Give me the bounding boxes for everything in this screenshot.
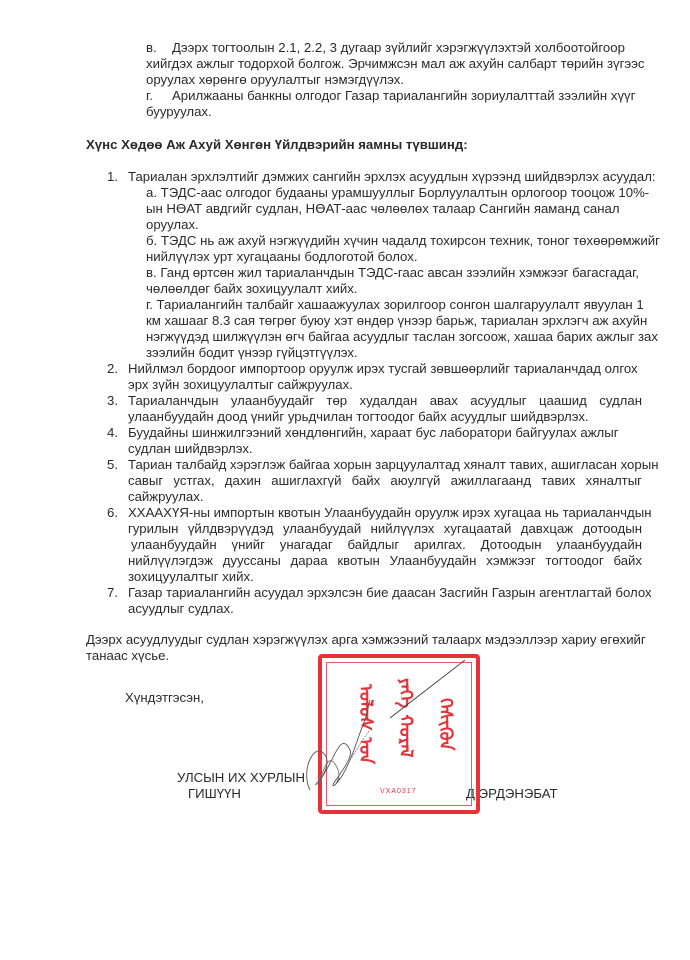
list-item-number: 7. <box>107 585 118 601</box>
list-item-text: гурилын үйлдвэрүүдэд улаанбуудай нийлүүл… <box>128 521 642 537</box>
list-item-text: судлан шийдвэрлэх. <box>128 441 253 457</box>
sub-item-text: оруулах. <box>146 217 199 233</box>
list-item-number: 3. <box>107 393 118 409</box>
document-page: в. Дээрх тогтоолын 2.1, 2.2, 3 дугаар зү… <box>0 0 690 960</box>
sub-item-text: а. ТЭДС-аас олгодог будааны урамшууллыг … <box>146 185 649 201</box>
list-item-text: нийлүүлэгдэж дууссаны дараа квотын Улаан… <box>128 553 642 569</box>
regards-text: Хүндэтгэсэн, <box>125 690 204 706</box>
list-item-number: 6. <box>107 505 118 521</box>
list-item-text: ХХААХҮЯ-ны импортын квотын Улаанбуудайн … <box>128 505 642 521</box>
intro-item-g-line: Арилжааны банкны олгодог Газар тариаланг… <box>172 88 635 104</box>
list-item-text: улаанбуудайн үнийг унагадаг байдлыг арил… <box>131 537 642 553</box>
list-item-text: улаанбуудайн доод үнийг урьдчилан тогтоо… <box>128 409 589 425</box>
list-item-number: 5. <box>107 457 118 473</box>
closing-text: Дээрх асуудлуудыг судлан хэрэгжүүлэх арг… <box>86 632 642 648</box>
list-item-text: Газар тариалангийн асуудал эрхэлсэн бие … <box>128 585 652 601</box>
sub-item-text: км хашааг 8.3 сая төгрөг буюу хэт өндөр … <box>146 313 642 329</box>
intro-item-g-line: бууруулах. <box>146 104 212 120</box>
list-item-text: асуудлыг судлах. <box>128 601 234 617</box>
list-item-text: Тариаланчдын улаанбуудайг төр худалдан а… <box>128 393 642 409</box>
sub-item-text: в. Ганд өртсөн жил тариаланчдын ТЭДС-гаа… <box>146 265 639 281</box>
sub-item-text: нэгжүүдэд шилжүүлэн өгч байгаа асуудлыг … <box>146 329 642 345</box>
intro-item-v-line: Дээрх тогтоолын 2.1, 2.2, 3 дугаар зүйли… <box>172 40 620 56</box>
list-item-text: Нийлмэл бордоог импортоор оруулж ирэх ту… <box>128 361 638 377</box>
section-heading: Хүнс Хөдөө Аж Ахуй Хөнгөн Үйлдвэрийн яам… <box>86 137 468 153</box>
list-item-text: Тариалан эрхлэлтийг дэмжих сангийн эрхлэ… <box>128 169 656 185</box>
intro-item-g-label: г. <box>146 88 153 104</box>
list-item-text: сайжруулах. <box>128 489 204 505</box>
handwritten-signature-icon <box>280 660 480 800</box>
closing-text: танаас хүсье. <box>86 648 169 664</box>
list-item-text: Буудайны шинжилгээний хөндлөнгийн, хараа… <box>128 425 619 441</box>
sub-item-text: б. ТЭДС нь аж ахуй нэгжүүдийн хүчин чада… <box>146 233 660 249</box>
sub-item-text: зээлийн бодит үнээр гүйцэтгүүлэх. <box>146 345 358 361</box>
list-item-number: 2. <box>107 361 118 377</box>
intro-item-v-line: хийгдэх ажлыг тодорхой болгож. Эрчимжсэн… <box>146 56 644 72</box>
signer-title: ГИШҮҮН <box>188 786 241 802</box>
list-item-text: савыг устгах, дахин ашиглахгүй байх аюул… <box>128 473 642 489</box>
sub-item-text: г. Тариалангийн талбайг хашаажуулах зори… <box>146 297 642 313</box>
sub-item-text: ын НӨАТ авдгийг судлан, НӨАТ-аас чөлөөлө… <box>146 201 620 217</box>
list-item-text: зохицуулалтыг хийх. <box>128 569 254 585</box>
intro-item-v-label: в. <box>146 40 157 56</box>
list-item-number: 1. <box>107 169 118 185</box>
intro-item-v-line: оруулах хөрөнгө оруулалтыг нэмэгдүүлэх. <box>146 72 404 88</box>
list-item-number: 4. <box>107 425 118 441</box>
list-item-text: Тариан талбайд хэрэглэж байгаа хорын зар… <box>128 457 642 473</box>
sub-item-text: нийлүүлэх урт хугацааны бодлоготой болох… <box>146 249 418 265</box>
sub-item-text: чөлөөлдөг байх зохицуулалт хийх. <box>146 281 357 297</box>
list-item-text: эрх зүйн зохицуулалтыг сайжруулах. <box>128 377 353 393</box>
